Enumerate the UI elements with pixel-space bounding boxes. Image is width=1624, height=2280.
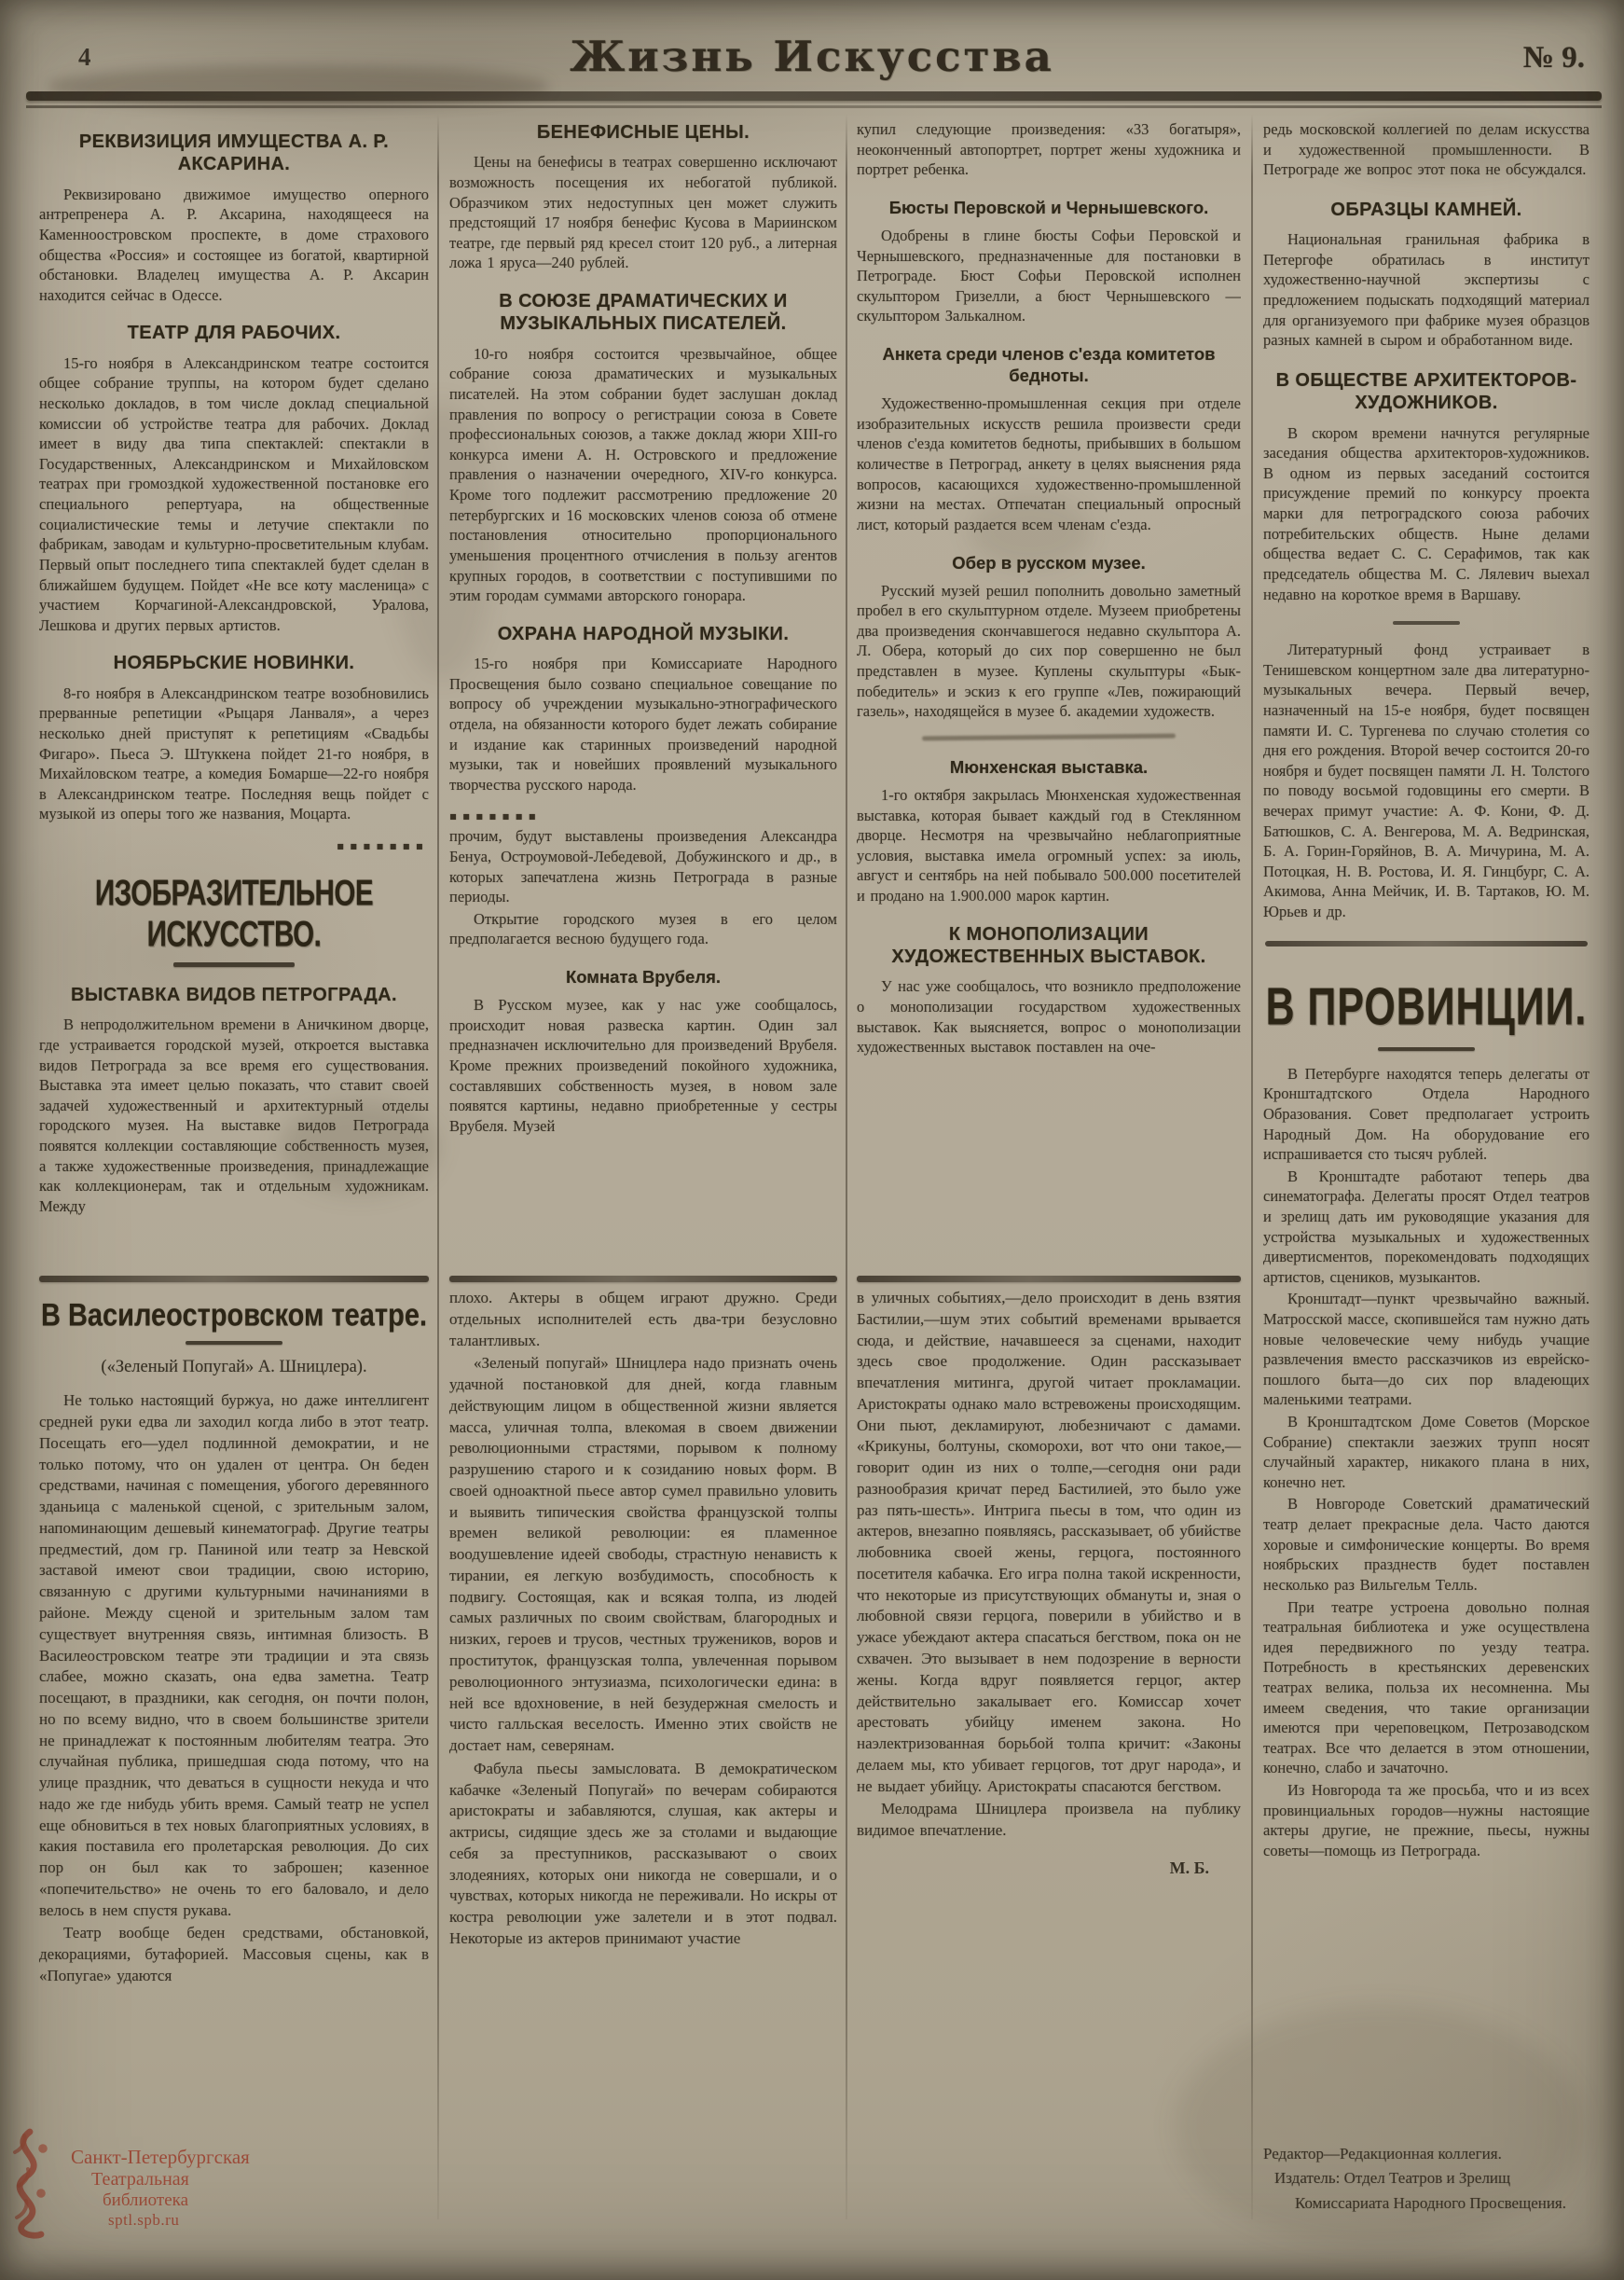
review-body: плохо. Актеры в общем играют дружно. Сре… — [449, 1288, 837, 1950]
paragraph: В Новгороде Советский драматический теат… — [1263, 1494, 1590, 1595]
paragraph: 10-го ноября состоится чрезвычайное, общ… — [449, 344, 837, 606]
article-museum-continuation: прочим, будут выставлены произведения Ал… — [449, 826, 837, 949]
paragraph: 15-го ноября при Комиссариате Народного … — [449, 654, 837, 795]
article-folk-music: ОХРАНА НАРОДНОЙ МУЗЫКИ. 15-го ноября при… — [449, 623, 837, 795]
masthead-thin-rule — [26, 105, 1602, 108]
paragraph: 8-го ноября в Александринском театре воз… — [39, 684, 429, 824]
paragraph: В Кронштадте работают теперь два синемат… — [1263, 1167, 1590, 1288]
paragraph: В скором времени начнутся регулярные зас… — [1263, 423, 1590, 604]
paragraph: Национальная гранильная фабрика в Петерг… — [1263, 229, 1590, 351]
masthead-rule — [26, 91, 1602, 101]
article-body: 15-го ноября в Александринском театре со… — [39, 353, 429, 636]
paragraph: плохо. Актеры в общем играют дружно. Сре… — [449, 1288, 837, 1351]
imprint-publisher: Издатель: Отдел Театров и Зрелищ — [1274, 2166, 1590, 2190]
article-busts: Бюсты Перовской и Чернышевского. Одобрен… — [857, 197, 1241, 326]
paragraph: Кронштадт—пункт чрезвычайно важный. Матр… — [1263, 1289, 1590, 1410]
article-heading: ОБРАЗЦЫ КАМНЕЙ. — [1267, 199, 1586, 221]
column-3-top: купил следующие произведения: «33 богаты… — [857, 114, 1241, 1268]
article-heading: НОЯБРЬСКИЕ НОВИНКИ. — [43, 652, 425, 674]
stamp-line: Санкт-Петербургская — [71, 2146, 250, 2169]
imprint: Редактор—Редакционная коллегия. Издатель… — [1263, 2142, 1590, 2240]
paragraph: Мелодрама Шницлера произвела на публику … — [857, 1799, 1241, 1842]
library-stamp-logo-icon — [0, 2126, 62, 2248]
paragraph: в уличных событиях,—дело происходит в де… — [857, 1288, 1241, 1797]
article-literary-fund: Литературный фонд устраивает в Тенишевск… — [1263, 640, 1590, 924]
article-body: У нас уже сообщалось, что возникло предп… — [857, 976, 1241, 1057]
column-2-top: БЕНЕФИСНЫЕ ЦЕНЫ. Цены на бенефисы в теат… — [449, 114, 837, 1268]
paragraph: При театре устроена довольно полная теат… — [1263, 1597, 1590, 1778]
section-divider-rule — [39, 1276, 429, 1282]
article-body: 10-го ноября состоится чрезвычайное, общ… — [449, 344, 837, 606]
article-heading: ОХРАНА НАРОДНОЙ МУЗЫКИ. — [453, 623, 833, 645]
article-heading: РЕКВИЗИЦИЯ ИМУЩЕСТВА А. Р. АКСАРИНА. — [43, 131, 425, 176]
column-2: БЕНЕФИСНЫЕ ЦЕНЫ. Цены на бенефисы в теат… — [449, 114, 837, 1952]
article-petrograd-views: ВЫСТАВКА ВИДОВ ПЕТРОГРАДА. В непродолжит… — [39, 984, 429, 1216]
article-heading: Комната Врубеля. — [453, 966, 833, 988]
article-body: Одобрены в глине бюсты Софьи Перовской и… — [857, 226, 1241, 326]
paragraph: купил следующие произведения: «33 богаты… — [857, 119, 1241, 180]
article-vrubel-room: Комната Врубеля. В Русском музее, как у … — [449, 966, 837, 1136]
paragraph: В Русском музее, как у нас уже сообщалос… — [449, 995, 837, 1136]
paragraph: В Кронштадтском Доме Советов (Морское Со… — [1263, 1412, 1590, 1492]
article-body: В Русском музее, как у нас уже сообщалос… — [449, 995, 837, 1136]
article-questionnaire: Анкета среди членов с'езда комитетов бед… — [857, 343, 1241, 535]
library-stamp: Санкт-Петербургская Театральная библиоте… — [0, 2126, 250, 2248]
article-body: 1-го октября закрылась Мюнхенская художе… — [857, 785, 1241, 906]
article-moscow-continuation: редь московской коллегией по делам искус… — [1263, 114, 1590, 182]
article-province: В Петербурге находятся теперь делегаты о… — [1263, 1064, 1590, 1863]
paragraph: Не только настоящий буржуа, но даже инте… — [39, 1390, 429, 1921]
library-stamp-text: Санкт-Петербургская Театральная библиоте… — [71, 2146, 250, 2230]
article-architects-society: В ОБЩЕСТВЕ АРХИТЕКТОРОВ-ХУДОЖНИКОВ. В ск… — [1263, 352, 1590, 606]
stamp-line: Театральная — [91, 2169, 250, 2190]
paragraph: Русский музей решил пополнить довольно з… — [857, 581, 1241, 722]
issue-number: № 9. — [1523, 41, 1585, 76]
banner-rule — [1378, 1047, 1475, 1051]
article-november-novelties: НОЯБРЬСКИЕ НОВИНКИ. 8-го ноября в Алекса… — [39, 652, 429, 824]
paragraph: У нас уже сообщалось, что возникло предп… — [857, 976, 1241, 1057]
article-heading: Обер в русском музее. — [860, 552, 1237, 573]
article-heading: ВЫСТАВКА ВИДОВ ПЕТРОГРАДА. — [43, 984, 425, 1006]
article-heading: Мюнхенская выставка. — [860, 756, 1237, 778]
review-part-3: в уличных событиях,—дело происходит в де… — [857, 1288, 1241, 1878]
review-part-2: плохо. Актеры в общем играют дружно. Сре… — [449, 1288, 837, 1950]
article-heading: БЕНЕФИСНЫЕ ЦЕНЫ. — [453, 121, 833, 144]
paragraph: Литературный фонд устраивает в Тенишевск… — [1263, 640, 1590, 922]
article-vrubel-continuation: купил следующие произведения: «33 богаты… — [857, 114, 1241, 180]
newspaper-title: Жизнь Искусства — [0, 32, 1624, 81]
imprint-editor: Редактор—Редакционная коллегия. — [1263, 2142, 1590, 2166]
paragraph: Реквизировано движимое имущество оперног… — [39, 185, 429, 306]
paragraph: Фабула пьесы замысловата. В демократичес… — [449, 1759, 837, 1950]
article-body: В Петербурге находятся теперь делегаты о… — [1263, 1064, 1590, 1861]
flourish-divider — [922, 733, 1176, 740]
article-stone-samples: ОБРАЗЦЫ КАМНЕЙ. Национальная гранильная … — [1263, 182, 1590, 352]
article-workers-theatre: ТЕАТР ДЛЯ РАБОЧИХ. 15-го ноября в Алекса… — [39, 322, 429, 635]
article-body: редь московской коллегией по делам искус… — [1263, 114, 1590, 180]
section-divider-rule — [857, 1276, 1241, 1282]
review-part-1: В Василеостровском театре. («Зеленый Поп… — [39, 1301, 429, 1987]
paragraph: Из Новгорода та же просьба, что и из все… — [1263, 1780, 1590, 1860]
article-heading: К МОНОПОЛИЗАЦИИ ХУДОЖЕСТВЕННЫХ ВЫСТАВОК. — [860, 923, 1237, 969]
paragraph: «Зеленый попугай» Шницлера надо признать… — [449, 1353, 837, 1757]
review-byline: М. Б. — [857, 1859, 1209, 1878]
article-body: Русский музей решил пополнить довольно з… — [857, 581, 1241, 722]
paragraph: редь московской коллегией по делам искус… — [1263, 119, 1590, 180]
stamp-line: библиотека — [103, 2190, 250, 2211]
review-body: в уличных событиях,—дело происходит в де… — [857, 1288, 1241, 1842]
paragraph: Одобрены в глине бюсты Софьи Перовской и… — [857, 226, 1241, 326]
column-4: редь московской коллегией по делам искус… — [1263, 114, 1590, 2240]
article-body: В скором времени начнутся регулярные зас… — [1263, 423, 1590, 604]
article-benefit-prices: БЕНЕФИСНЫЕ ЦЕНЫ. Цены на бенефисы в теат… — [449, 121, 837, 273]
paragraph: прочим, будут выставлены произведения Ал… — [449, 826, 837, 906]
newspaper-page: 4 Жизнь Искусства № 9. РЕКВИЗИЦИЯ ИМУЩЕС… — [0, 0, 1624, 2280]
dots-ornament: ▪▪▪▪▪▪▪ — [39, 839, 429, 852]
paragraph: Театр вообще беден средствами, обстановк… — [39, 1923, 429, 1986]
article-body: купил следующие произведения: «33 богаты… — [857, 114, 1241, 180]
section-divider-rule — [449, 1276, 837, 1282]
article-body: Литературный фонд устраивает в Тенишевск… — [1263, 640, 1590, 922]
article-heading: В СОЮЗЕ ДРАМАТИЧЕСКИХ И МУЗЫКАЛЬНЫХ ПИСА… — [453, 290, 833, 336]
review-body: Не только настоящий буржуа, но даже инте… — [39, 1390, 429, 1986]
article-body: Реквизировано движимое имущество оперног… — [39, 185, 429, 306]
paragraph: Открытие городского музея в его целом пр… — [449, 909, 837, 949]
article-heading: Анкета среди членов с'езда комитетов бед… — [860, 343, 1237, 386]
article-body: 8-го ноября в Александринском театре воз… — [39, 684, 429, 824]
article-monopolization: К МОНОПОЛИЗАЦИИ ХУДОЖЕСТВЕННЫХ ВЫСТАВОК.… — [857, 923, 1241, 1057]
column-rule — [437, 114, 439, 2219]
stamp-line: sptl.spb.ru — [108, 2211, 250, 2230]
article-munich-exhibition: Мюнхенская выставка. 1-го октября закрыл… — [857, 756, 1241, 906]
column-3: купил следующие произведения: «33 богаты… — [857, 114, 1241, 1878]
paragraph: 1-го октября закрылась Мюнхенская художе… — [857, 785, 1241, 906]
dash-divider — [1393, 621, 1460, 625]
review-title: В Василеостровском театре. — [39, 1298, 429, 1334]
paragraph: 15-го ноября в Александринском театре со… — [39, 353, 429, 636]
article-body: Цены на бенефисы в театрах совершенно ис… — [449, 152, 837, 273]
section-banner-province: В ПРОВИНЦИИ. — [1260, 964, 1593, 1044]
article-body: В непродолжительном времени в Аничкином … — [39, 1015, 429, 1216]
article-heading: В ОБЩЕСТВЕ АРХИТЕКТОРОВ-ХУДОЖНИКОВ. — [1267, 369, 1586, 415]
article-body: Национальная гранильная фабрика в Петерг… — [1263, 229, 1590, 351]
article-ober: Обер в русском музее. Русский музей реши… — [857, 552, 1241, 722]
review-subtitle: («Зеленый Попугай» А. Шницлера). — [39, 1358, 429, 1377]
paragraph: В Петербурге находятся теперь делегаты о… — [1263, 1064, 1590, 1165]
article-body: 15-го ноября при Комиссариате Народного … — [449, 654, 837, 795]
column-1: РЕКВИЗИЦИЯ ИМУЩЕСТВА А. Р. АКСАРИНА. Рек… — [39, 114, 429, 1989]
column-rule — [1251, 114, 1253, 2219]
article-requisition: РЕКВИЗИЦИЯ ИМУЩЕСТВА А. Р. АКСАРИНА. Рек… — [39, 131, 429, 305]
column-1-top: РЕКВИЗИЦИЯ ИМУЩЕСТВА А. Р. АКСАРИНА. Рек… — [39, 114, 429, 1268]
dots-ornament: ▪▪▪▪▪▪▪ — [449, 809, 837, 822]
article-body: Художественно-промышленная секция при от… — [857, 394, 1241, 534]
article-heading: Бюсты Перовской и Чернышевского. — [860, 197, 1237, 218]
paragraph: Цены на бенефисы в театрах совершенно ис… — [449, 152, 837, 273]
article-writers-union: В СОЮЗЕ ДРАМАТИЧЕСКИХ И МУЗЫКАЛЬНЫХ ПИСА… — [449, 290, 837, 606]
article-heading: ТЕАТР ДЛЯ РАБОЧИХ. — [43, 322, 425, 344]
column-rule — [846, 114, 847, 2219]
review-title-rule — [186, 1341, 282, 1345]
paragraph: Художественно-промышленная секция при от… — [857, 394, 1241, 534]
article-body: прочим, будут выставлены произведения Ал… — [449, 826, 837, 949]
imprint-publisher-2: Комиссариата Народного Просвещения. — [1295, 2191, 1590, 2216]
paragraph: В непродолжительном времени в Аничкином … — [39, 1015, 429, 1216]
province-top-rule — [1265, 941, 1588, 947]
section-banner-fine-arts: ИЗОБРАЗИТЕЛЬНОЕ ИСКУССТВО. — [39, 864, 429, 966]
